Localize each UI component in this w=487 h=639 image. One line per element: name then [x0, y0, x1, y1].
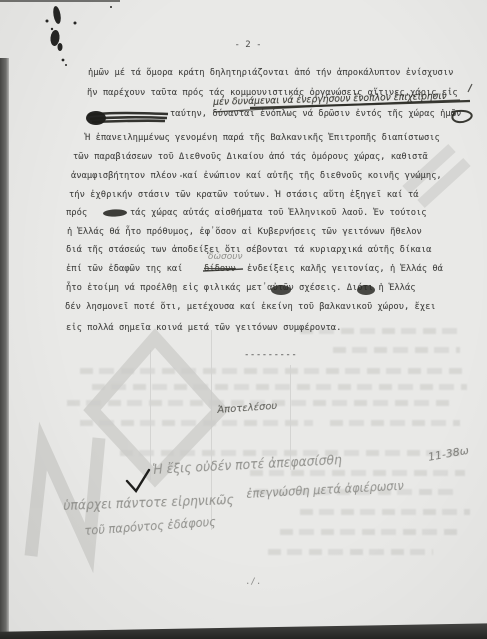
typed-line-3: ταύτην, δύνανται ἐνόπλως νά δρῶσιν ἐντός…	[170, 110, 461, 119]
handwritten-date-note: 11-38ω	[427, 444, 470, 464]
handwritten-pencil-note-4: τοῦ παρόντος ἐδάφους	[84, 515, 216, 538]
bleedthrough-text-line	[330, 420, 460, 426]
scanner-edge-left	[0, 58, 9, 639]
typed-line-11-pre: ἐπί τῶν ἐδαφῶν της καί	[66, 265, 183, 274]
checkmark	[127, 470, 149, 491]
typed-line-8: τάς χώρας αὐτάς αἰσθήματα τοῦ Ἑλληνικοῦ …	[130, 209, 427, 218]
bleedthrough-text-line	[280, 529, 460, 535]
typed-line-4: Ἡ ἐπανειλημμένως γενομένη παρά τῆς Βαλκα…	[85, 134, 440, 143]
typed-line-13: δέν λησμονεῖ ποτέ ὅτι, μετέχουσα καί ἐκε…	[65, 303, 436, 312]
bleedthrough-text-line	[333, 347, 460, 353]
page-number: - 2 -	[228, 40, 268, 50]
typed-line-9: ἡ Ἑλλάς θά ἦτο πρόθυμος, ἐφ᾽ὅσον αἱ Κυβε…	[67, 228, 422, 237]
typed-line-1: ἡμῶν μέ τά ὅμορα κράτη δηλητηριάζονται ἀ…	[88, 69, 453, 78]
bleedthrough-text-line	[300, 509, 470, 515]
scanner-edge-top	[0, 0, 120, 2]
pen-strikeout-line3	[88, 113, 168, 122]
scanner-edge-bottom	[0, 620, 487, 639]
handwritten-word-above-line11: δώσουν	[208, 252, 243, 262]
ink-blackout-blob	[86, 111, 106, 125]
typed-line-12: ἦτο ἑτοίμη νά προέλθῃ εἰς φιλικάς μετ᾽αὐ…	[66, 284, 416, 293]
watermark-diamond	[92, 338, 220, 478]
typed-line-10: διά τῆς στάσεώς των ἀποδείξει ὅτι σέβοντ…	[66, 246, 431, 255]
typed-line-11-struck-word: δίδουν	[204, 265, 236, 274]
bleedthrough-text-line	[80, 420, 313, 426]
scanned-document-page: - 2 - ἡμῶν μέ τά ὅμορα κράτη δηλητηριάζο…	[0, 0, 487, 639]
typed-line-6: ἀναμφισβήτητον πλέον καί ἐνώπιον καί αὐτ…	[71, 172, 442, 181]
typed-line-7: τήν ἐχθρικήν στάσιν τῶν κρατῶν τούτων. Ἡ…	[69, 191, 419, 200]
handwritten-pencil-note-2: ἐπεγνώσθη μετά ἀφιέρωσιν	[246, 479, 404, 501]
typed-line-11: ἐνδείξεις καλῆς γειτονίας, ἡ Ἑλλάς θά	[247, 265, 443, 274]
handwritten-pencil-note-3: ὑπάρχει πάντοτε εἰρηνικῶς	[63, 493, 234, 514]
bleedthrough-text-line	[268, 549, 433, 555]
bleedthrough-text-line	[80, 368, 468, 374]
paper-crease	[150, 350, 151, 480]
continuation-mark: ./.	[245, 577, 261, 587]
separator-dashes: ---------	[244, 350, 297, 360]
bleedthrough-text-line	[92, 384, 467, 390]
typed-line-5: τῶν παραβιάσεων τοῦ Διεθνοῦς Δικαίου ἀπό…	[73, 153, 428, 162]
typed-line-8-pre: πρός	[66, 209, 87, 218]
watermark-letter-n	[31, 438, 99, 556]
typed-line-14: εἰς πολλά σημεῖα κοινά μετά τῶν γειτόνων…	[66, 324, 341, 333]
pen-tick	[468, 84, 472, 92]
pen-strikeout-line8	[103, 209, 127, 217]
paper-crease	[290, 365, 291, 470]
watermark-bar	[421, 162, 467, 204]
